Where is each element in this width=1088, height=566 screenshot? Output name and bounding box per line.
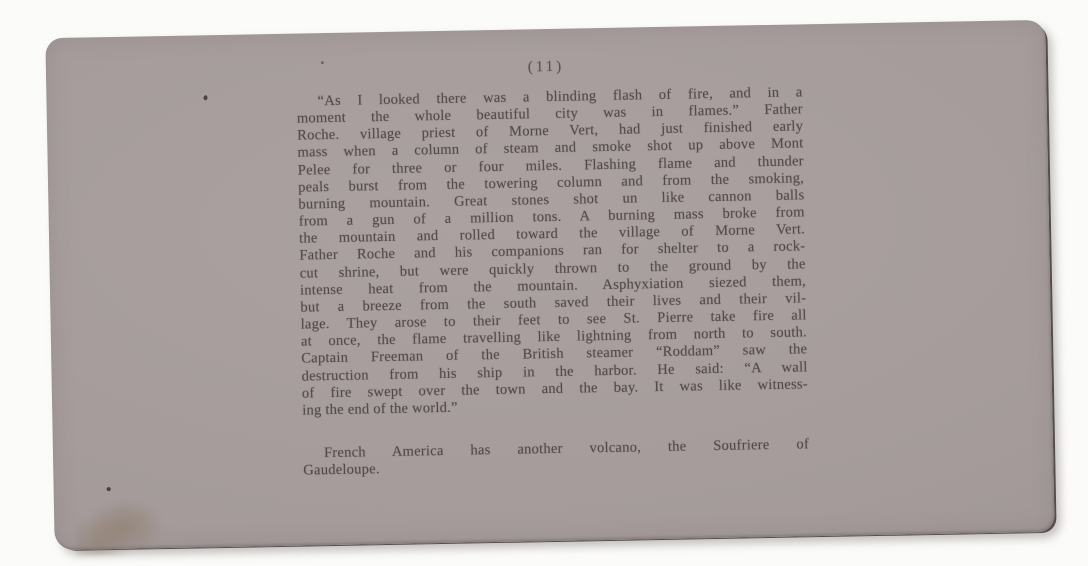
page-number: (11) [46, 50, 1046, 85]
corner-stain [76, 490, 161, 556]
paragraph-footer: French America has another volcano, the … [303, 436, 810, 480]
ink-speck [321, 61, 324, 64]
paragraph-main: “As I looked there was a blinding flash … [296, 84, 808, 419]
photo-background: { "card": { "page_number": "(11)", "para… [0, 0, 1088, 566]
scan-area: (11) “As I looked there was a blinding f… [0, 0, 1088, 566]
ink-speck [203, 95, 207, 100]
stereograph-card-back: (11) “As I looked there was a blinding f… [45, 20, 1054, 550]
